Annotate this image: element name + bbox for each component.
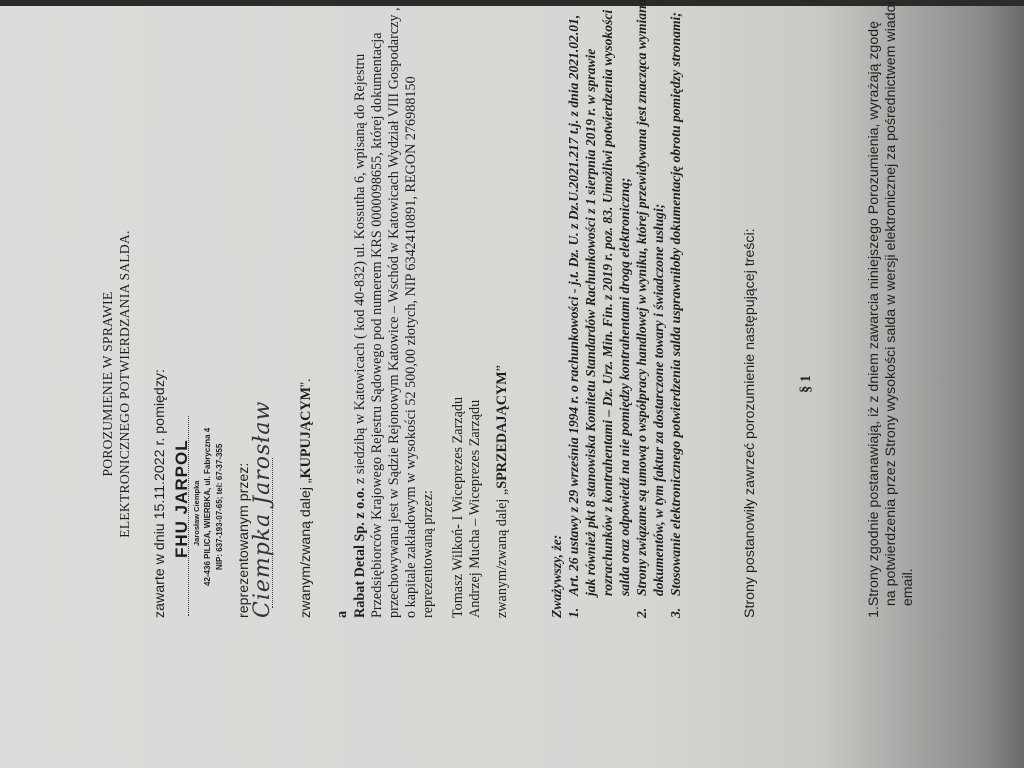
buyer-role: KUPUJĄCYM (298, 387, 314, 478)
stamp-person: Jarosław Ciempka (192, 481, 201, 546)
buyer-called-suffix: ”. (298, 378, 314, 387)
seller-rep-1: Tomasz Wilkoń- I Wiceprezes Zarządu (450, 397, 467, 618)
buyer-called-prefix: zwanym/zwaną dalej „ (298, 478, 314, 618)
buyer-signature: Ciempka Jarosław (250, 448, 282, 618)
seller-rep-2: Andrzej Mucha – Wiceprezes Zarządu (467, 397, 484, 618)
whereas-item-number: 1. (565, 596, 633, 618)
seller-desc-line2: Przedsiębiorców Krajowego Rejestru Sądow… (369, 7, 386, 618)
conjunction: a (334, 611, 351, 618)
section-mark: § 1 (798, 0, 815, 768)
seller-represented-label: reprezentowaną przez: (420, 7, 437, 618)
stamp-company-name: FHU JARPOL (172, 439, 192, 558)
seller-desc-line1: z siedzibą w Katowicach ( kod 40-832) ul… (352, 54, 368, 488)
buyer-stamp: FHU JARPOL Jarosław Ciempka 42-436 PILIC… (172, 316, 234, 616)
agreement-intro: Strony postanowiły zawrzeć porozumienie … (742, 228, 759, 618)
stamp-address: 42-436 PILICA, WIERBKA, ul. Fabryczna 4 (203, 428, 212, 586)
whereas-item-line: Strony związane są umową o współpracy ha… (633, 0, 650, 596)
whereas-heading: Zważywszy, że: (548, 535, 565, 618)
clause-item-line: na potwierdzenia przez Strony wysokości … (883, 0, 900, 606)
clause-item-text: Strony zgodnie postanawiają, iż z dniem … (866, 0, 917, 606)
whereas-item-number: 2. (633, 596, 667, 618)
whereas-item: 2.Strony związane są umową o współpracy … (633, 0, 667, 618)
document-title-line2: ELEKTRONICZNEGO POTWIERDZANIA SALDA. (117, 0, 133, 768)
whereas-item-text: Art. 26 ustawy z 29 września 1994 r. o r… (565, 10, 633, 596)
whereas-item-line: salda oraz odpowiedź na nie pomiędzy kon… (616, 10, 633, 596)
whereas-item-number: 3. (667, 596, 684, 618)
whereas-item: 3.Stosowanie elektronicznego potwierdzen… (667, 0, 684, 618)
clause-item-line: Strony zgodnie postanawiają, iż z dniem … (866, 0, 883, 606)
seller-desc-line4: o kapitale zakładowym w wysokości 52 500… (403, 7, 420, 618)
seller-desc-line3: przechowywana jest w Sądzie Rejonowym Ka… (386, 7, 403, 618)
stamp-dotted-line (188, 416, 189, 616)
intro-text: zawarte w dniu 15.11.2022 r. pomiędzy: (152, 369, 169, 618)
whereas-item-line: Art. 26 ustawy z 29 września 1994 r. o r… (565, 10, 582, 596)
seller-called-prefix: zwanym/zwaną dalej „ (494, 489, 510, 618)
stamp-ids: NIP: 637-193-07-65; tel: 67-37-355 (215, 444, 224, 570)
clauses-list: 1.Strony zgodnie postanawiają, iż z dnie… (866, 0, 917, 618)
seller-block: Rabat Detal Sp. z o.o. z siedzibą w Kato… (352, 7, 437, 618)
signature-text: Ciempka Jarosław (250, 401, 275, 618)
document-page: POROZUMIENIE W SPRAWIE ELEKTRONICZNEGO P… (0, 0, 1024, 768)
clause-item: 1.Strony zgodnie postanawiają, iż z dnie… (866, 0, 917, 618)
seller-called-suffix: ” (494, 365, 510, 371)
seller-name: Rabat Detal Sp. z o.o. (352, 488, 368, 618)
whereas-item: 1.Art. 26 ustawy z 29 września 1994 r. o… (565, 0, 633, 618)
whereas-item-text: Strony związane są umową o współpracy ha… (633, 0, 667, 596)
clause-item-line: email. (900, 0, 917, 606)
whereas-item-line: dokumentów, w tym faktur za dostarczone … (650, 0, 667, 596)
whereas-list: 1.Art. 26 ustawy z 29 września 1994 r. o… (565, 0, 684, 618)
whereas-item-line: rozrachunków z kontrahentami – Dz. Urz. … (599, 10, 616, 596)
clause-item-number: 1. (866, 606, 917, 618)
whereas-item-line: jak również pkt 8 stanowiska Komitetu St… (582, 10, 599, 596)
whereas-item-line: Stosowanie elektronicznego potwierdzenia… (667, 12, 684, 596)
buyer-called: zwanym/zwaną dalej „KUPUJĄCYM”. (298, 378, 315, 618)
whereas-item-text: Stosowanie elektronicznego potwierdzenia… (667, 12, 684, 596)
seller-called: zwanym/zwaną dalej „SPRZEDAJĄCYM” (494, 365, 511, 618)
seller-role: SPRZEDAJĄCYM (494, 371, 510, 488)
seller-representatives: Tomasz Wilkoń- I Wiceprezes Zarządu Andr… (450, 397, 484, 618)
document-title-line1: POROZUMIENIE W SPRAWIE (100, 0, 116, 768)
